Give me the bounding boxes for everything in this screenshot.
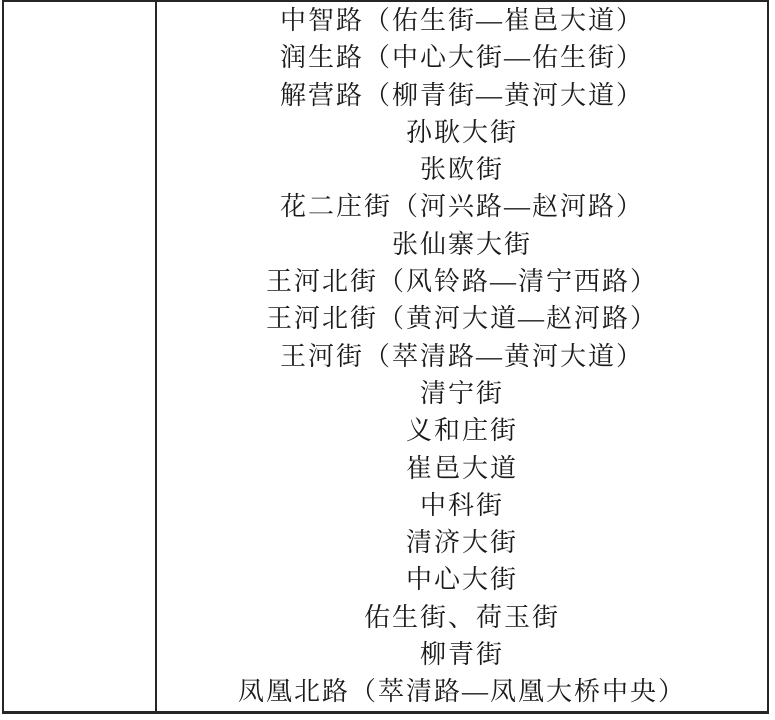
street-row: 中科街 [157,487,767,524]
street-row: 孙耿大街 [157,114,767,151]
street-row: 张欧街 [157,151,767,188]
street-row: 中智路（佑生街—崔邑大道） [157,2,767,39]
street-row: 清济大街 [157,524,767,561]
street-row: 崔邑大道 [157,450,767,487]
street-row: 王河北街（风铃路—清宁西路） [157,263,767,300]
street-row: 解营路（柳青街—黄河大道） [157,77,767,114]
table-cell-street-list: 中智路（佑生街—崔邑大道）润生路（中心大街—佑生街）解营路（柳青街—黄河大道）孙… [157,2,767,711]
street-row: 花二庄街（河兴路—赵河路） [157,188,767,225]
street-row: 佑生街、荷玉街 [157,599,767,636]
table-cell-left-empty [4,2,157,711]
street-row: 义和庄街 [157,412,767,449]
table: 中智路（佑生街—崔邑大道）润生路（中心大街—佑生街）解营路（柳青街—黄河大道）孙… [2,0,769,714]
street-row: 王河北街（黄河大道—赵河路） [157,300,767,337]
street-row: 王河街（萃清路—黄河大道） [157,338,767,375]
street-row: 凤凰北路（萃清路—凤凰大桥中央） [157,673,767,710]
street-row: 张仙寨大街 [157,226,767,263]
street-row: 中心大街 [157,561,767,598]
street-row: 柳青街 [157,636,767,673]
street-row: 润生路（中心大街—佑生街） [157,39,767,76]
document-page: 中智路（佑生街—崔邑大道）润生路（中心大街—佑生街）解营路（柳青街—黄河大道）孙… [0,0,775,720]
street-row: 清宁街 [157,375,767,412]
